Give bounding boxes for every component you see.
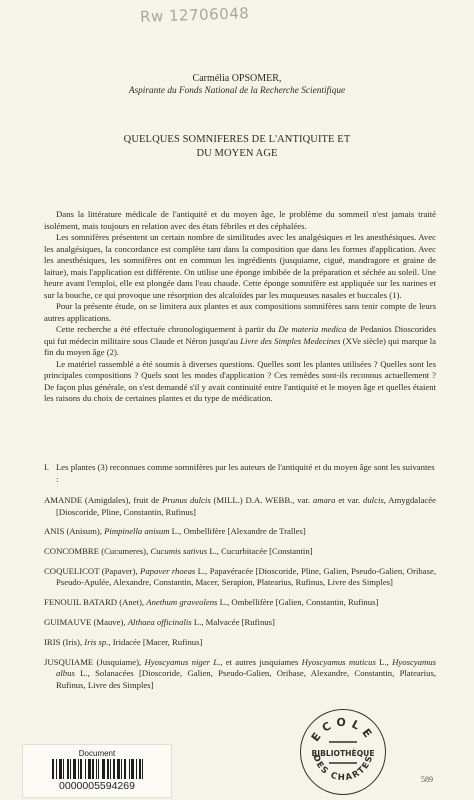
paragraph-1: Dans la littérature médicale de l'antiqu… (44, 209, 436, 232)
paragraph-3: Pour la présente étude, on se limitera a… (44, 301, 436, 324)
barcode-label: Document 0000005594269 (22, 744, 172, 798)
latin-name: amara (313, 495, 336, 505)
text: L., Solanacées [Dioscoride, Galien, Pseu… (56, 668, 436, 690)
barcode-title: Document (23, 749, 171, 758)
title-line-1: QUELQUES SOMNIFERES DE L'ANTIQUITE ET (0, 133, 474, 147)
list-item: GUIMAUVE (Mauve), Althaea officinalis L.… (44, 617, 436, 629)
text: L., Malvacée [Rufinus] (192, 617, 275, 627)
text: , Iridacée [Macer, Rufinus] (108, 637, 202, 647)
plant-name: CONCOMBRE (Cucumeres), (44, 546, 150, 556)
plant-name: AMANDE (Amigdales), fruit de (44, 495, 162, 505)
latin-name: Anethum graveolens (146, 597, 217, 607)
latin-name: Hyoscyamus muticus (302, 657, 376, 667)
svg-text:ECOLE: ECOLE (309, 716, 377, 744)
list-item: COQUELICOT (Papaver), Papaver rhoeas L.,… (44, 566, 436, 589)
svg-text:DES CHARTES: DES CHARTES (310, 754, 375, 784)
latin-name: Pimpinella anisum (104, 526, 169, 536)
paragraph-4: Cette recherche a été effectuée chronolo… (44, 324, 436, 359)
text: L., Cucurbitacée [Constantin] (207, 546, 312, 556)
title-line-2: DU MOYEN AGE (0, 147, 474, 161)
author-affiliation: Aspirante du Fonds National de la Recher… (0, 85, 474, 97)
latin-name: Papaver rhoeas (140, 566, 195, 576)
library-stamp: ECOLE BIBLIOTHÈQUE DES CHARTES (300, 709, 386, 795)
text: L., Ombellifère [Alexandre de Tralles] (170, 526, 306, 536)
plant-list: AMANDE (Amigdales), fruit de Prunus dulc… (44, 495, 436, 699)
latin-name: Althaea officinalis (128, 617, 192, 627)
latin-name: Iris sp. (84, 637, 108, 647)
section-number: I. (44, 462, 56, 485)
text: Cette recherche a été effectuée chronolo… (56, 324, 278, 334)
section-1-heading: I. Les plantes (3) reconnues comme somni… (44, 462, 436, 485)
article-body: Dans la littérature médicale de l'antiqu… (44, 209, 436, 405)
author-block: Carmélia OPSOMER, Aspirante du Fonds Nat… (0, 73, 474, 97)
text: L., Ombellifère [Galien, Constantin, Ruf… (217, 597, 378, 607)
latin-name: Prunus dulcis (162, 495, 211, 505)
text: , et autres jusquiames (220, 657, 301, 667)
latin-name: dulcis (363, 495, 384, 505)
latin-name: Hyoscyamus niger L. (144, 657, 220, 667)
work-title: De materia medica (278, 324, 346, 334)
list-item: JUSQUIAME (Jusquiame), Hyoscyamus niger … (44, 657, 436, 692)
list-item: ANIS (Anisum), Pimpinella anisum L., Omb… (44, 526, 436, 538)
list-item: IRIS (Iris), Iris sp., Iridacée [Macer, … (44, 637, 436, 649)
handwritten-shelfmark: Rw 12706048 (140, 4, 250, 26)
section-text: Les plantes (3) reconnues comme somnifèr… (56, 462, 436, 485)
plant-name: GUIMAUVE (Mauve), (44, 617, 128, 627)
text: et var. (336, 495, 363, 505)
plant-name: ANIS (Anisum), (44, 526, 104, 536)
list-item: AMANDE (Amigdales), fruit de Prunus dulc… (44, 495, 436, 518)
barcode-icon (23, 759, 171, 779)
page-number: 589 (421, 775, 433, 784)
work-title: Livre des Simples Medecines (240, 336, 340, 346)
paragraph-5: Le matériel rassemblé a été soumis à div… (44, 359, 436, 405)
text: (MILL.) D.A. WEBB., var. (211, 495, 313, 505)
author-name: Carmélia OPSOMER, (0, 73, 474, 85)
stamp-icon: ECOLE BIBLIOTHÈQUE DES CHARTES (301, 710, 385, 794)
barcode-number: 0000005594269 (23, 780, 171, 792)
latin-name: Cucumis sativus (150, 546, 207, 556)
list-item: FENOUIL BATARD (Anet), Anethum graveolen… (44, 597, 436, 609)
plant-name: FENOUIL BATARD (Anet), (44, 597, 146, 607)
plant-name: IRIS (Iris), (44, 637, 84, 647)
list-item: CONCOMBRE (Cucumeres), Cucumis sativus L… (44, 546, 436, 558)
plant-name: JUSQUIAME (Jusquiame), (44, 657, 144, 667)
plant-name: COQUELICOT (Papaver), (44, 566, 140, 576)
paragraph-2: Les somnifères présentent un certain nom… (44, 232, 436, 301)
text: L., (376, 657, 392, 667)
article-title: QUELQUES SOMNIFERES DE L'ANTIQUITE ET DU… (0, 133, 474, 161)
